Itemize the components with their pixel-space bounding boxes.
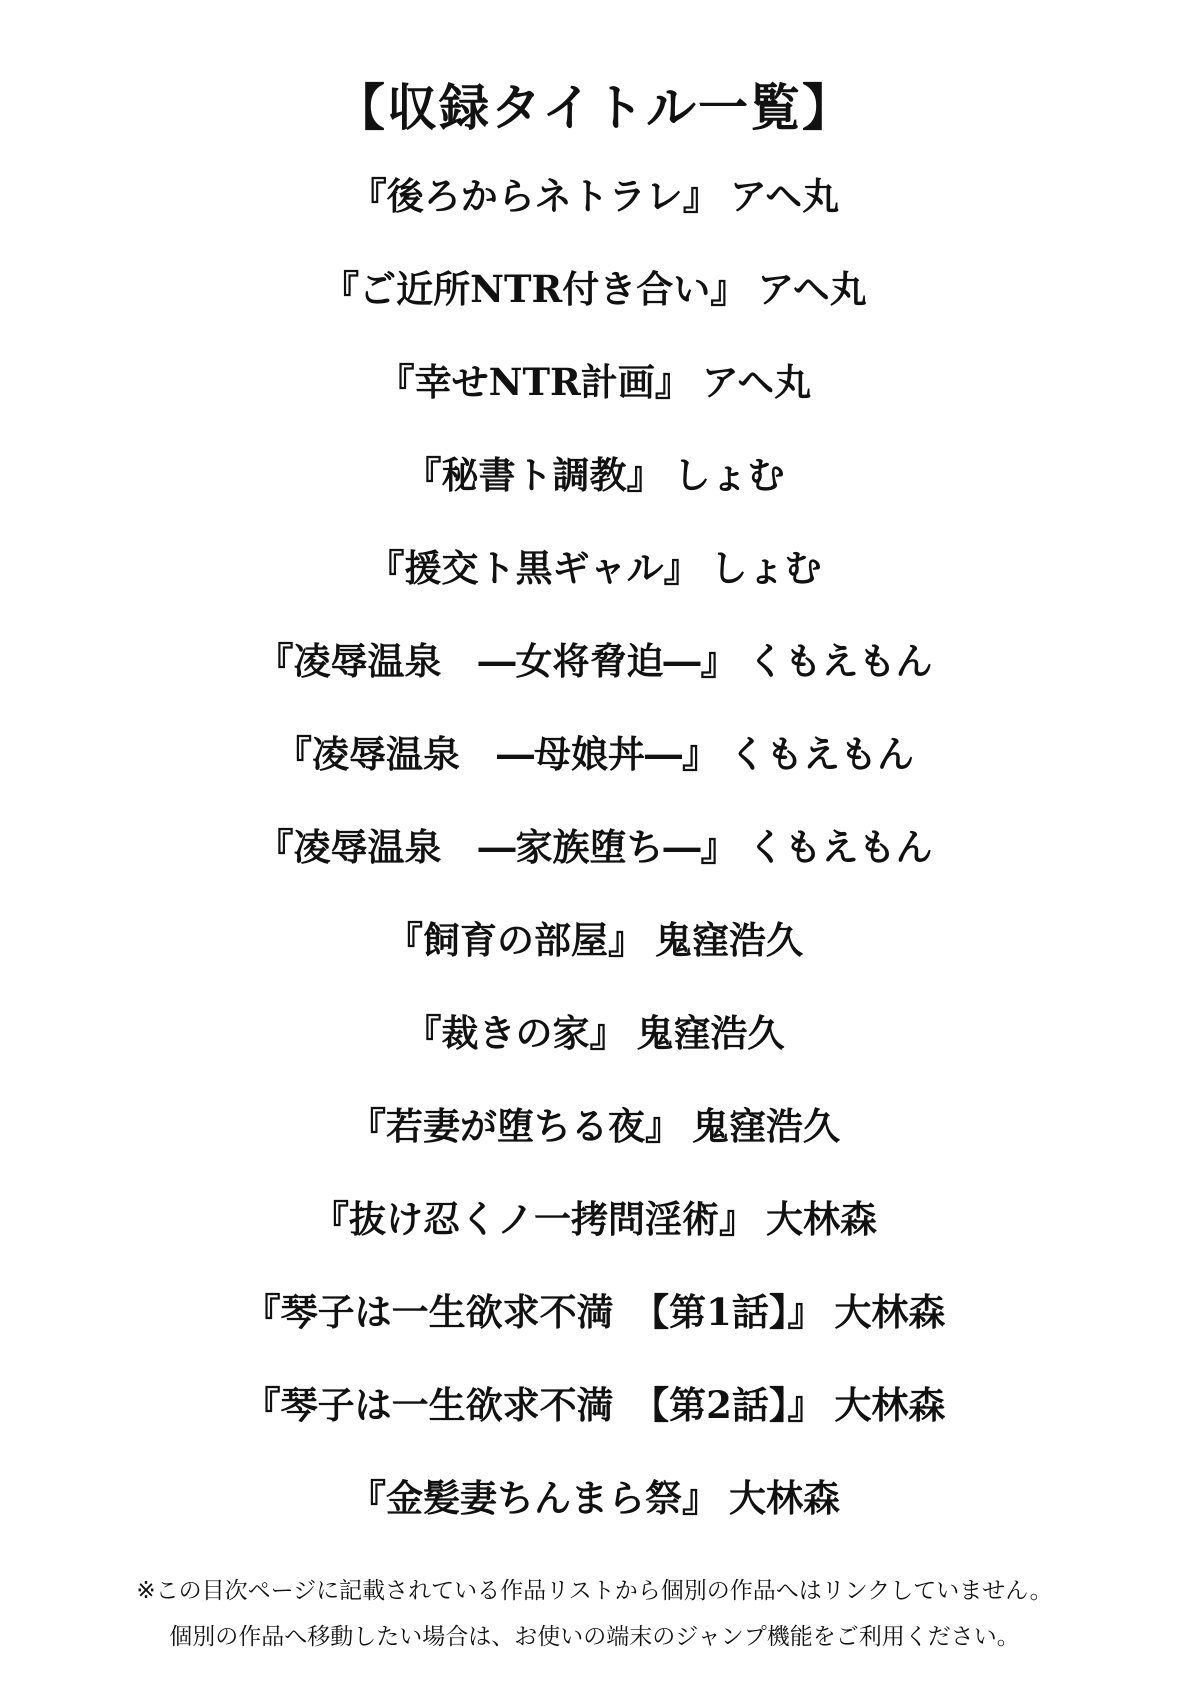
- work-title: 『抜け忍くノ一拷問淫術』: [312, 1197, 756, 1241]
- list-item: 『凌辱温泉 ―家族堕ち―』くもえもん: [0, 816, 1189, 909]
- page-title: 【収録タイトル一覧】: [0, 78, 1189, 138]
- table-of-contents-page: 【収録タイトル一覧】 『後ろからネトラレ』アヘ丸 『ご近所NTR付き合い』アヘ丸…: [0, 0, 1189, 1687]
- work-title: 『琴子は一生欲求不満 【第1話】』: [244, 1290, 825, 1334]
- list-item: 『後ろからネトラレ』アヘ丸: [0, 165, 1189, 258]
- list-item: 『抜け忍くノ一拷問淫術』大林森: [0, 1188, 1189, 1281]
- list-item: 『裁きの家』鬼窪浩久: [0, 1002, 1189, 1095]
- author-name: しょむ: [711, 546, 822, 590]
- title-list: 『後ろからネトラレ』アヘ丸 『ご近所NTR付き合い』アヘ丸 『幸せNTR計画』ア…: [0, 165, 1189, 1560]
- work-title: 『琴子は一生欲求不満 【第2話】』: [244, 1383, 825, 1427]
- work-title: 『幸せNTR計画』: [378, 360, 692, 404]
- list-item: 『飼育の部屋』鬼窪浩久: [0, 909, 1189, 1002]
- author-name: 大林森: [766, 1197, 877, 1241]
- list-item: 『金髪妻ちんまら祭』大林森: [0, 1467, 1189, 1560]
- list-item: 『援交ト黒ギャル』しょむ: [0, 537, 1189, 630]
- work-title: 『金髪妻ちんまら祭』: [349, 1476, 719, 1520]
- work-title: 『凌辱温泉 ―女将脅迫―』: [257, 639, 738, 683]
- work-title: 『裁きの家』: [405, 1011, 627, 1055]
- author-name: アヘ丸: [757, 267, 867, 311]
- list-item: 『ご近所NTR付き合い』アヘ丸: [0, 258, 1189, 351]
- list-item: 『琴子は一生欲求不満 【第1話】』大林森: [0, 1281, 1189, 1374]
- list-item: 『幸せNTR計画』アヘ丸: [0, 351, 1189, 444]
- list-item: 『琴子は一生欲求不満 【第2話】』大林森: [0, 1374, 1189, 1467]
- author-name: 大林森: [729, 1476, 840, 1520]
- work-title: 『援交ト黒ギャル』: [368, 546, 701, 590]
- note-line-1: ※この目次ページに記載されている作品リストから個別の作品へはリンクしていません。: [0, 1568, 1189, 1614]
- work-title: 『凌辱温泉 ―家族堕ち―』: [257, 825, 738, 869]
- work-title: 『凌辱温泉 ―母娘丼―』: [275, 732, 719, 776]
- work-title: 『後ろからネトラレ』: [350, 174, 720, 218]
- author-name: アヘ丸: [702, 360, 812, 404]
- author-name: 鬼窪浩久: [637, 1011, 785, 1055]
- author-name: 大林森: [834, 1383, 945, 1427]
- author-name: くもえもん: [748, 639, 933, 683]
- author-name: 鬼窪浩久: [655, 918, 803, 962]
- author-name: くもえもん: [729, 732, 914, 776]
- author-name: しょむ: [674, 453, 785, 497]
- work-title: 『若妻が堕ちる夜』: [349, 1104, 682, 1148]
- list-item: 『若妻が堕ちる夜』鬼窪浩久: [0, 1095, 1189, 1188]
- author-name: アヘ丸: [730, 174, 840, 218]
- work-title: 『飼育の部屋』: [386, 918, 645, 962]
- work-title: 『ご近所NTR付き合い』: [322, 267, 747, 311]
- author-name: 鬼窪浩久: [692, 1104, 840, 1148]
- navigation-note: ※この目次ページに記載されている作品リストから個別の作品へはリンクしていません。…: [0, 1568, 1189, 1660]
- list-item: 『凌辱温泉 ―母娘丼―』くもえもん: [0, 723, 1189, 816]
- work-title: 『秘書ト調教』: [405, 453, 664, 497]
- note-line-2: 個別の作品へ移動したい場合は、お使いの端末のジャンプ機能をご利用ください。: [0, 1614, 1189, 1660]
- author-name: 大林森: [834, 1290, 945, 1334]
- list-item: 『凌辱温泉 ―女将脅迫―』くもえもん: [0, 630, 1189, 723]
- list-item: 『秘書ト調教』しょむ: [0, 444, 1189, 537]
- author-name: くもえもん: [748, 825, 933, 869]
